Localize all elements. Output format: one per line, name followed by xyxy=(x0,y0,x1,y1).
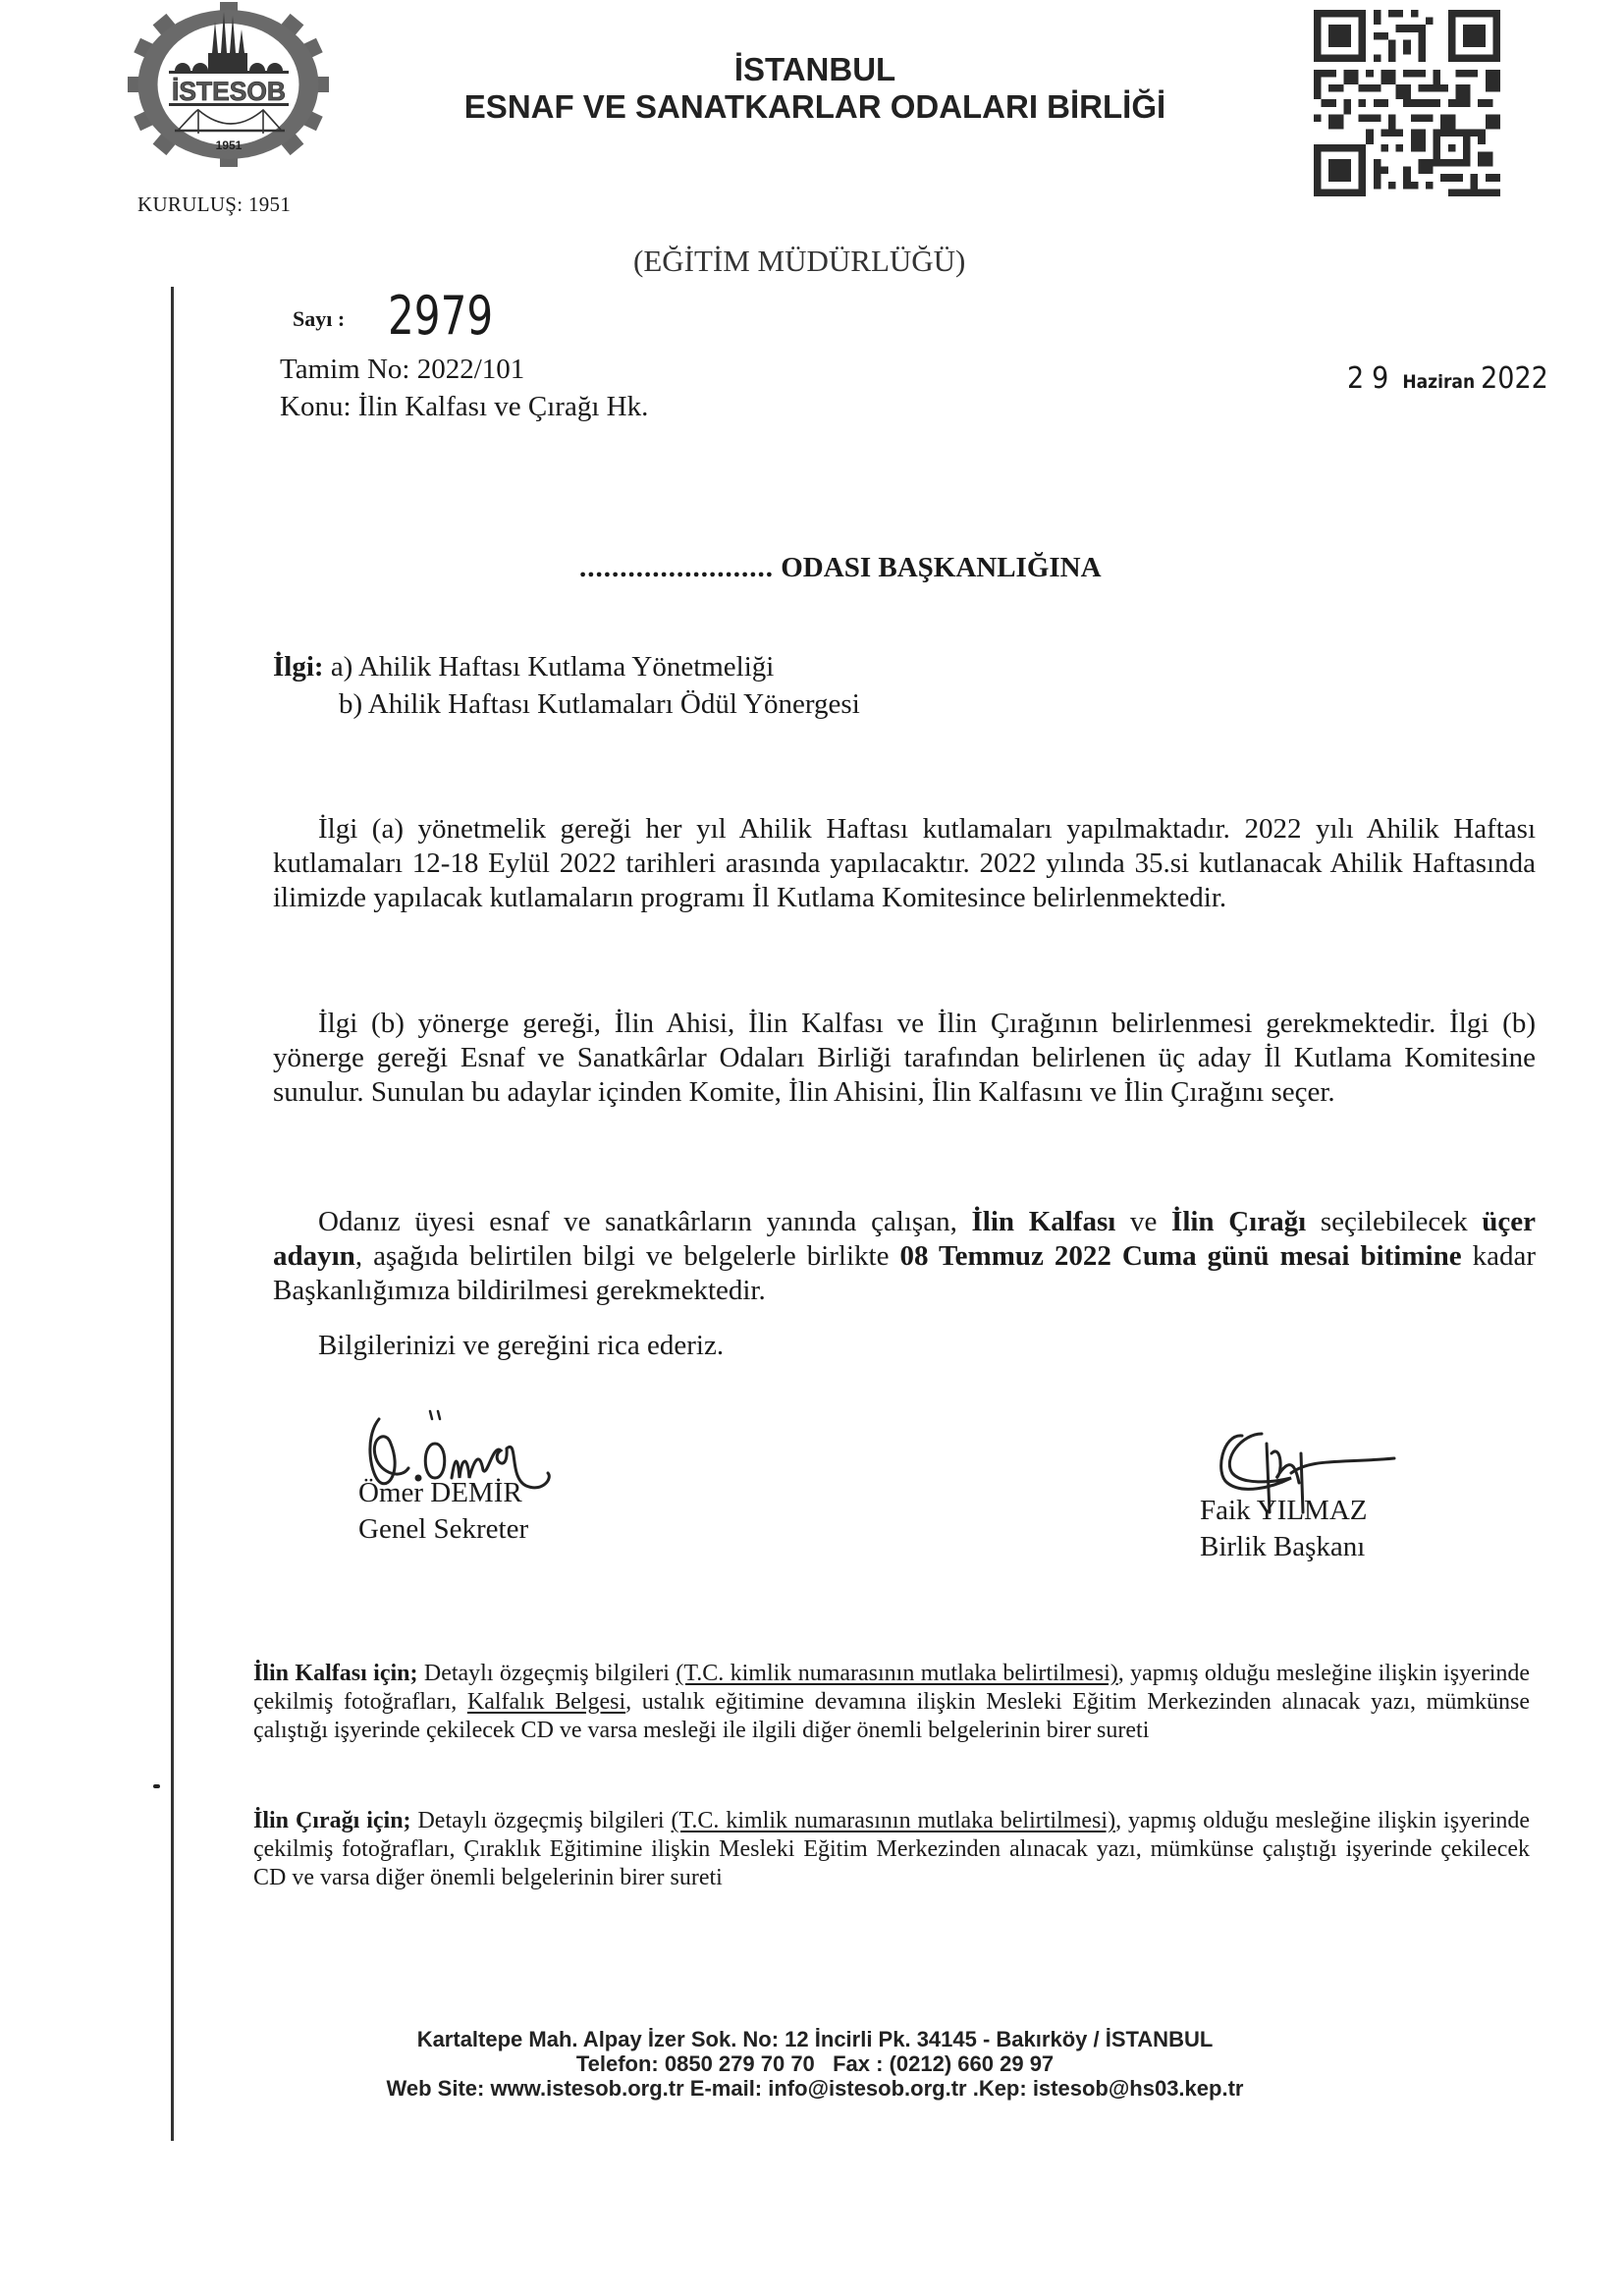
signer-right-name: Faik YILMAZ xyxy=(1200,1493,1368,1529)
subject-line: Konu: İlin Kalfası ve Çırağı Hk. xyxy=(280,391,648,423)
p3-bold-cirak: İlin Çırağı xyxy=(1171,1206,1306,1237)
note-kalfa-label: İlin Kalfası için; xyxy=(253,1661,417,1686)
title-city: İSTANBUL xyxy=(422,51,1208,88)
p3-bold-deadline: 08 Temmuz 2022 Cuma günü mesai bitimine xyxy=(900,1240,1462,1272)
paragraph-1: İlgi (a) yönetmelik gereği her yıl Ahili… xyxy=(273,812,1536,915)
paragraph-3: Odanız üyesi esnaf ve sanatkârların yanı… xyxy=(273,1205,1536,1308)
note-underlined: (T.C. kimlik numarasının mutlaka belirti… xyxy=(672,1808,1116,1833)
footer-web-email: Web Site: www.istesob.org.tr E-mail: inf… xyxy=(314,2076,1316,2101)
qr-code-icon xyxy=(1314,10,1500,196)
date-year: 2022 xyxy=(1481,361,1548,396)
references-label: İlgi: xyxy=(273,651,324,683)
title-organization: ESNAF VE SANATKARLAR ODALARI BİRLİĞİ xyxy=(422,88,1208,126)
document-number-handwritten: 2979 xyxy=(388,285,493,347)
organization-title: İSTANBUL ESNAF VE SANATKARLAR ODALARI Bİ… xyxy=(422,51,1208,126)
p3-text: seçilebilecek xyxy=(1306,1206,1482,1237)
istesob-logo: İSTESOB 1951 xyxy=(128,2,329,167)
signer-left-name: Ömer DEMİR xyxy=(358,1475,528,1511)
department-name: (EĞİTİM MÜDÜRLÜĞÜ) xyxy=(633,244,965,279)
p3-text: , aşağıda belirtilen bilgi ve belgelerle… xyxy=(355,1240,900,1272)
gear-emblem-icon: İSTESOB 1951 xyxy=(128,2,329,167)
circular-number: Tamim No: 2022/101 xyxy=(280,354,524,386)
footer-contact: Kartaltepe Mah. Alpay İzer Sok. No: 12 İ… xyxy=(314,2027,1316,2101)
note-cirak-label: İlin Çırağı için; xyxy=(253,1808,411,1833)
date-day: 29 xyxy=(1347,361,1396,396)
reference-b: b) Ahilik Haftası Kutlamaları Ödül Yöner… xyxy=(273,685,860,723)
p3-text: ve xyxy=(1115,1206,1171,1237)
date-stamp: 29Haziran2022 xyxy=(1347,361,1548,396)
note-text: Detaylı özgeçmiş bilgileri xyxy=(411,1808,672,1833)
note-cirak-requirements: İlin Çırağı için; Detaylı özgeçmiş bilgi… xyxy=(253,1807,1530,1892)
signer-right-title: Birlik Başkanı xyxy=(1200,1529,1368,1565)
p3-text: Odanız üyesi esnaf ve sanatkârların yanı… xyxy=(318,1206,972,1237)
signer-left: Ömer DEMİR Genel Sekreter xyxy=(358,1475,528,1548)
addressee: ........................ ODASI BAŞKANLIĞ… xyxy=(579,552,1102,584)
note-text: Detaylı özgeçmiş bilgileri xyxy=(417,1661,676,1686)
reference-a: a) Ahilik Haftası Kutlama Yönetmeliği xyxy=(331,651,775,683)
addressee-title: ODASI BAŞKANLIĞINA xyxy=(774,552,1102,583)
svg-text:1951: 1951 xyxy=(216,138,243,152)
margin-rule xyxy=(171,287,174,2141)
document-number-label: Sayı : xyxy=(293,306,345,332)
footer-address: Kartaltepe Mah. Alpay İzer Sok. No: 12 İ… xyxy=(314,2027,1316,2051)
paragraph-2: İlgi (b) yönerge gereği, İlin Ahisi, İli… xyxy=(273,1007,1536,1110)
note-underlined: (T.C. kimlik numarasının mutlaka belirti… xyxy=(676,1661,1117,1686)
references-block: İlgi: a) Ahilik Haftası Kutlama Yönetmel… xyxy=(273,648,860,723)
signer-right: Faik YILMAZ Birlik Başkanı xyxy=(1200,1493,1368,1565)
footer-phone-fax: Telefon: 0850 279 70 70 Fax : (0212) 660… xyxy=(314,2051,1316,2076)
note-kalfa-requirements: İlin Kalfası için; Detaylı özgeçmiş bilg… xyxy=(253,1660,1530,1745)
date-month: Haziran xyxy=(1402,371,1475,393)
note-underlined: Kalfalık Belgesi xyxy=(467,1689,625,1715)
signer-left-title: Genel Sekreter xyxy=(358,1511,528,1548)
p3-bold-kalfa: İlin Kalfası xyxy=(972,1206,1116,1237)
closing-line: Bilgilerinizi ve gereğini rica ederiz. xyxy=(318,1330,724,1362)
addressee-blank: ........................ xyxy=(579,552,774,583)
punch-mark xyxy=(153,1784,160,1788)
svg-text:İSTESOB: İSTESOB xyxy=(172,77,286,106)
founded-year: KURULUŞ: 1951 xyxy=(137,192,291,217)
